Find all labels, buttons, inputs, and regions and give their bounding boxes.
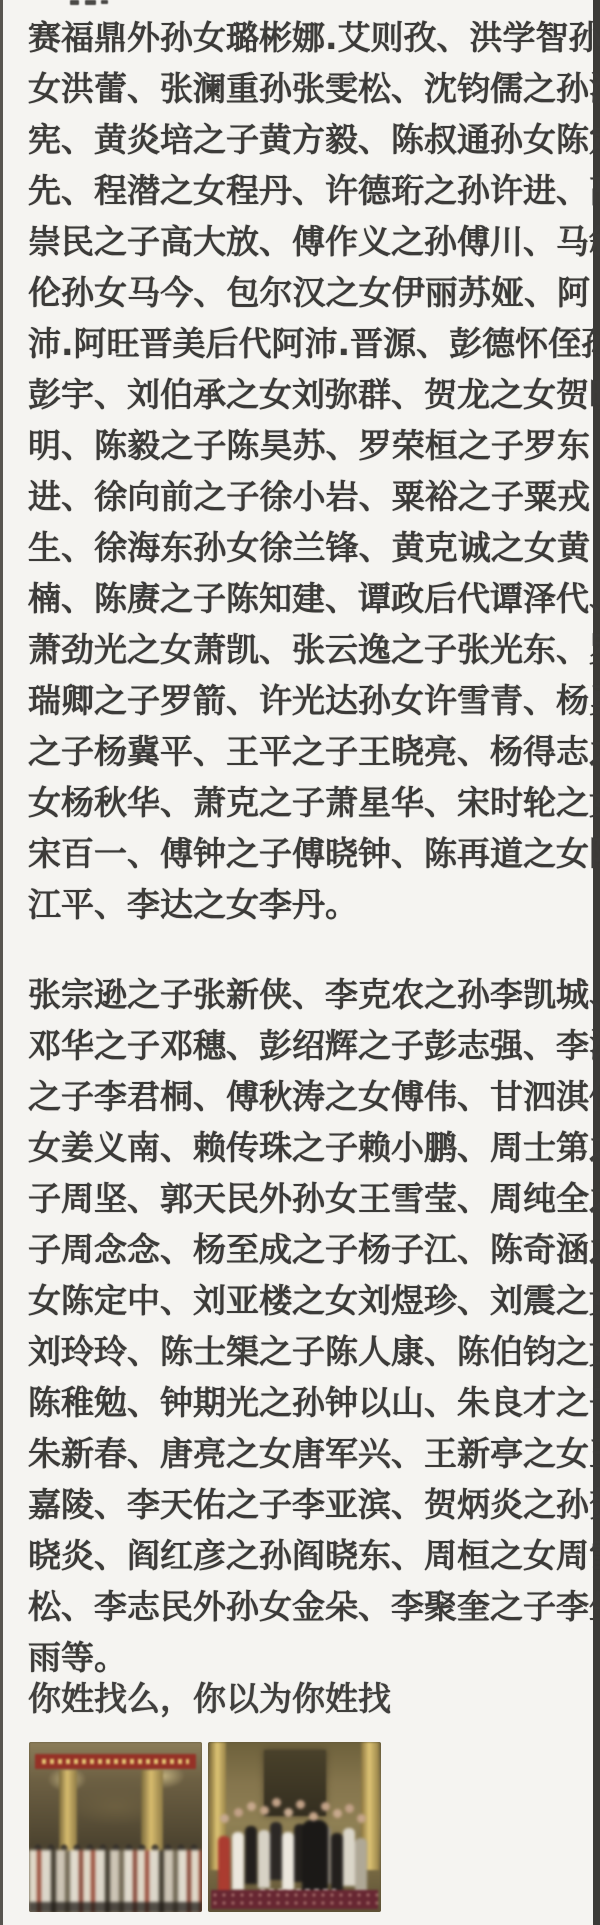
text-line: 进、徐向前之子徐小岩、粟裕之子粟戎 xyxy=(28,471,590,522)
text-line: 刘玲玲、陈士榘之子陈人康、陈伯钧之女 xyxy=(28,1326,590,1377)
text-line: 崇民之子高大放、傅作义之孙傅川、马叙 xyxy=(28,216,590,267)
text-line: 邓华之子邓穗、彭绍辉之子彭志强、李涛 xyxy=(28,1020,590,1071)
people-group xyxy=(218,1786,373,1894)
cropped-text-fragment xyxy=(70,0,79,5)
text-line: 子周坚、郭天民外孙女王雪莹、周纯全之 xyxy=(28,1173,590,1224)
group-photo-right-image xyxy=(208,1742,381,1912)
text-line: 宪、黄炎培之子黄方毅、陈叔通孙女陈定 xyxy=(28,114,590,165)
central-figure-black-dress xyxy=(302,1820,328,1894)
text-line: 松、李志民外孙女金朵、李聚奎之子李生 xyxy=(28,1581,590,1632)
name-list-paragraph-1: 赛福鼎外孙女璐彬娜.艾则孜、洪学智孙 女洪蕾、张澜重孙张雯松、沈钧儒之孙沈 宪、… xyxy=(28,12,590,930)
group-photo-left[interactable] xyxy=(29,1742,202,1912)
text-line: 嘉陵、李天佑之子李亚滨、贺炳炎之孙贺 xyxy=(28,1479,590,1530)
cropped-text-fragment xyxy=(101,0,108,4)
group-photo-left-image xyxy=(29,1742,202,1912)
text-line: 之子李君桐、傅秋涛之女傅伟、甘泗淇侄 xyxy=(28,1071,590,1122)
people-bodies xyxy=(218,1836,230,1894)
text-line: 沛.阿旺晋美后代阿沛.晋源、彭德怀侄孙 xyxy=(28,318,590,369)
text-line: 朱新春、唐亮之女唐军兴、王新亭之女王 xyxy=(28,1428,590,1479)
text-line: 生、徐海东孙女徐兰锋、黄克诚之女黄 xyxy=(28,522,590,573)
text-line: 子周念念、杨至成之子杨子江、陈奇涵之 xyxy=(28,1224,590,1275)
text-line: 赛福鼎外孙女璐彬娜.艾则孜、洪学智孙 xyxy=(28,12,590,63)
scan-edge-right xyxy=(593,0,600,1925)
closing-line: 你姓找么，你以为你姓找 xyxy=(28,1673,590,1724)
text-line: 明、陈毅之子陈昊苏、罗荣桓之子罗东 xyxy=(28,420,590,471)
text-line: 彭宇、刘伯承之女刘弥群、贺龙之女贺晓 xyxy=(28,369,590,420)
banner-text-illegible xyxy=(42,1759,189,1764)
text-line: 女姜义南、赖传珠之子赖小鹏、周士第之 xyxy=(28,1122,590,1173)
people-heads xyxy=(220,1814,229,1823)
text-line: 楠、陈赓之子陈知建、谭政后代谭泽代、 xyxy=(28,573,590,624)
text-line: 晓炎、阎红彦之孙阎晓东、周桓之女周雪 xyxy=(28,1530,590,1581)
floor-shadow xyxy=(29,1902,202,1912)
text-line: 女杨秋华、萧克之子萧星华、宋时轮之女 xyxy=(28,777,590,828)
text-line: 宋百一、傅钟之子傅晓钟、陈再道之女陈 xyxy=(28,828,590,879)
text-line: 张宗逊之子张新侠、李克农之孙李凯城、 xyxy=(28,969,590,1020)
group-photo-right[interactable] xyxy=(208,1742,381,1912)
text-line: 伦孙女马今、包尔汉之女伊丽苏娅、阿 xyxy=(28,267,590,318)
article-page: 赛福鼎外孙女璐彬娜.艾则孜、洪学智孙 女洪蕾、张澜重孙张雯松、沈钧儒之孙沈 宪、… xyxy=(0,0,600,1925)
text-line: 萧劲光之女萧凯、张云逸之子张光东、罗 xyxy=(28,624,590,675)
text-line: 女陈定中、刘亚楼之女刘煜珍、刘震之女 xyxy=(28,1275,590,1326)
text-line: 之子杨冀平、王平之子王晓亮、杨得志之 xyxy=(28,726,590,777)
text-line: 瑞卿之子罗箭、许光达孙女许雪青、杨勇 xyxy=(28,675,590,726)
red-carpet xyxy=(211,1890,378,1909)
text-line: 江平、李达之女李丹。 xyxy=(28,879,590,930)
red-banner xyxy=(35,1754,196,1769)
text-line: 女洪蕾、张澜重孙张雯松、沈钧儒之孙沈 xyxy=(28,63,590,114)
text-line: 先、程潜之女程丹、许德珩之孙许进、高 xyxy=(28,165,590,216)
text-line: 陈稚勉、钟期光之孙钟以山、朱良才之子 xyxy=(28,1377,590,1428)
cropped-text-fragment xyxy=(85,0,96,5)
name-list-paragraph-2: 张宗逊之子张新侠、李克农之孙李凯城、 邓华之子邓穗、彭绍辉之子彭志强、李涛 之子… xyxy=(28,969,590,1683)
scan-edge-left xyxy=(0,0,3,1925)
